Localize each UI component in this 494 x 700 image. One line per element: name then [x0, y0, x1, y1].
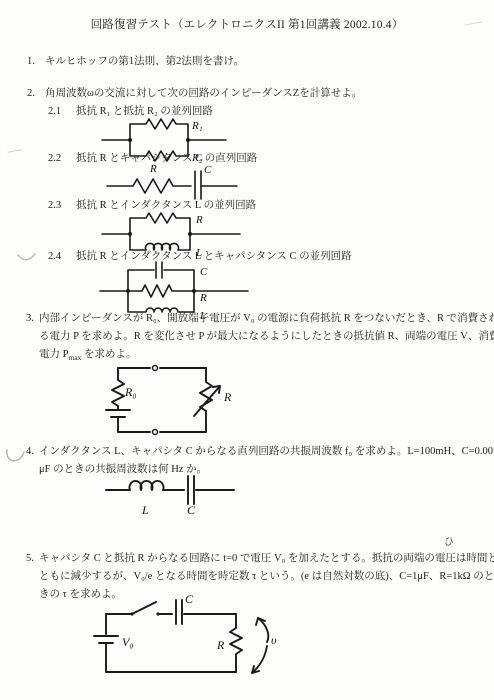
q2-2-number: 2.2 [48, 150, 61, 168]
capacitor-c-label: C [204, 164, 212, 176]
q5-line-2: ともに減少するが、V₀/e となる時間を時定数 τ という。(e は自然対数の底… [39, 568, 494, 586]
page-title: 回路復習テスト（エレクトロニクスII 第1回講義 2002.10.4） [0, 16, 494, 32]
internal-resistance-r0-label: R₀ [124, 385, 137, 399]
handwritten-hi-annotation: ひ [444, 533, 454, 548]
circuit-source-load: R₀ R [98, 360, 238, 444]
q4-line-1: インダクタンス L、キャパシタ C からなる直列回路の共振周波数 f₀ を求めよ… [39, 443, 494, 461]
q2-number: 2. [27, 85, 35, 103]
resistor-r-label: R [195, 214, 203, 226]
q2-3-number: 2.3 [48, 197, 61, 215]
resistor-r1-label: R₁ [191, 120, 203, 132]
q3-line-1: 内部インピーダンスが R₀、開放端子電圧が V₀ の電源に負荷抵抗 R をつない… [39, 310, 494, 328]
circuit-series-r-c: R C [105, 158, 240, 200]
q2-4-number: 2.4 [48, 248, 61, 266]
capacitor-c-label: C [187, 503, 196, 517]
q3-line-3-pre: 電力 P [39, 349, 68, 360]
inductor-l-label: L [141, 503, 149, 517]
voltage-v-annotation-label: υ [271, 633, 277, 647]
resistor-r-label: R [149, 163, 157, 175]
q5-line-1: キャパシタ C と抵抗 R からなる回路に t=0 で電圧 V₀ を加えたとする… [39, 550, 494, 568]
resistor-r-label: R [199, 292, 207, 304]
source-v0-label: V₀ [122, 635, 134, 649]
q2-text: 角周波数ωの交流に対して次の回路のインピーダンスZを計算せよ。 [45, 85, 362, 103]
circuit-rc-time-constant: V₀ C R υ [68, 592, 298, 692]
q2-1-number: 2.1 [48, 103, 61, 121]
q3-pmax-subscript: max [68, 353, 81, 362]
q5-number: 5. [26, 550, 34, 568]
q4-number: 4. [26, 443, 34, 461]
q3-line-3-post: を求めよ。 [81, 349, 136, 360]
scanned-test-page: 回路復習テスト（エレクトロニクスII 第1回講義 2002.10.4） 1. キ… [0, 0, 494, 700]
q3-number: 3. [26, 310, 34, 328]
resistor-r-label: R [216, 638, 225, 652]
q1-number: 1. [27, 53, 35, 71]
capacitor-c-label: C [185, 592, 194, 606]
capacitor-c-label: C [200, 266, 208, 278]
q3-line-2: る電力 P を求めよ。R を変化させ P が最大になるようにしたときの抵抗値 R… [39, 328, 494, 346]
q1-text: キルヒホッフの第1法則、第2法則を書け。 [45, 53, 244, 71]
circuit-series-l-c: L C [100, 472, 260, 516]
load-resistor-r-label: R [223, 390, 232, 404]
